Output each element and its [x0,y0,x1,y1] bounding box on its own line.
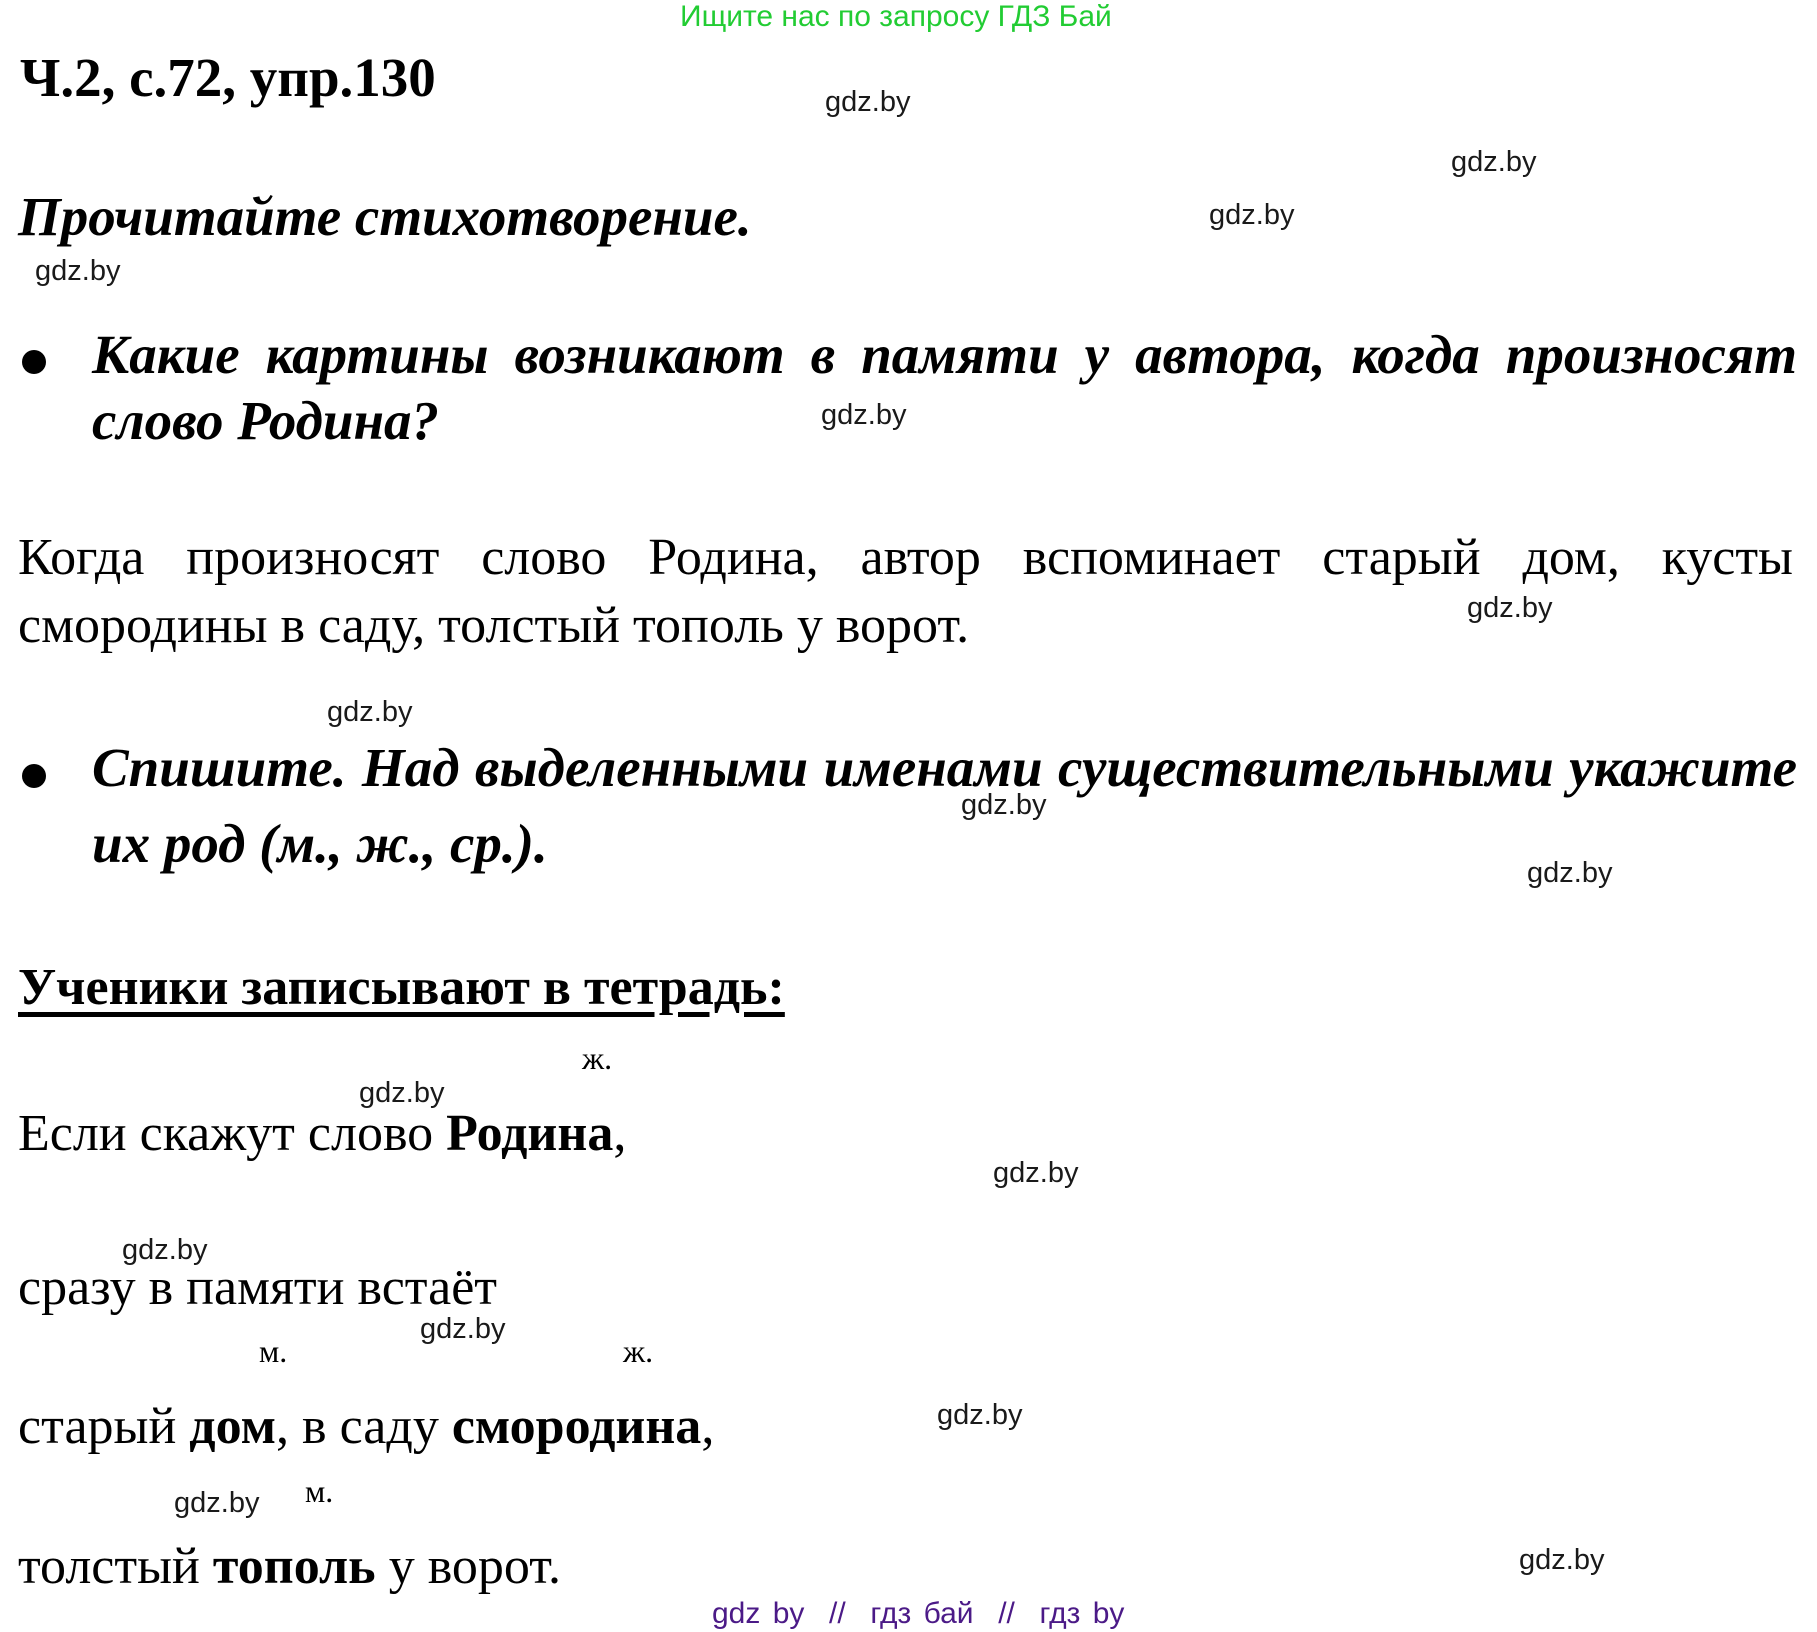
bullet-icon [22,350,46,374]
question-1: Какие картины возникают в памяти у автор… [22,322,1797,454]
bullet-icon [22,764,46,788]
watermark: gdz.by [122,1234,207,1266]
poem-line-1: Если скажут слово Родина, [18,1104,626,1164]
question-1-text: Какие картины возникают в памяти у автор… [92,322,1797,454]
poem-line-3-before: старый [18,1398,189,1455]
poem-line-4-before: толстый [18,1538,213,1595]
noun-dom: дом [189,1398,276,1455]
poem-line-3: старый дом, в саду смородина, [18,1397,714,1457]
watermark: gdz.by [35,255,120,287]
poem-line-3-after: , [701,1398,714,1455]
watermark: gdz.by [1467,592,1552,624]
watermark: gdz.by [1451,146,1536,178]
watermark: gdz.by [1527,857,1612,889]
poem-line-4-after: у ворот. [376,1538,561,1595]
notebook-heading: Ученики записывают в тетрадь: [18,958,785,1018]
watermark: gdz.by [1519,1544,1604,1576]
gender-mark-smorodina: ж. [623,1333,653,1369]
watermark: gdz.by [1209,199,1294,231]
exercise-heading: Ч.2, с.72, упр.130 [20,46,436,110]
search-banner: Ищите нас по запросу ГДЗ Бай [680,0,1112,34]
poem-line-2: сразу в памяти встаёт [18,1258,497,1318]
gender-mark-rodina: ж. [582,1040,612,1076]
watermark: gdz.by [961,789,1046,821]
gender-mark-topol: м. [305,1473,333,1509]
poem-line-1-after: , [613,1105,626,1162]
poem-line-1-before: Если скажут слово [18,1105,446,1162]
noun-rodina: Родина [446,1105,613,1162]
noun-smorodina: смородина [452,1398,701,1455]
instruction-text: Прочитайте стихотворение. [18,186,752,248]
watermark: gdz.by [993,1157,1078,1189]
footer-links: gdz by // гдз бай // гдз by [712,1597,1124,1631]
watermark: gdz.by [327,696,412,728]
watermark: gdz.by [821,399,906,431]
watermark: gdz.by [174,1487,259,1519]
watermark: gdz.by [825,86,910,118]
watermark: gdz.by [359,1077,444,1109]
noun-topol: тополь [213,1538,376,1595]
poem-line-4: толстый тополь у ворот. [18,1537,561,1597]
watermark: gdz.by [420,1313,505,1345]
watermark: gdz.by [937,1399,1022,1431]
poem-line-3-middle: , в саду [276,1398,452,1455]
gender-mark-dom: м. [259,1333,287,1369]
